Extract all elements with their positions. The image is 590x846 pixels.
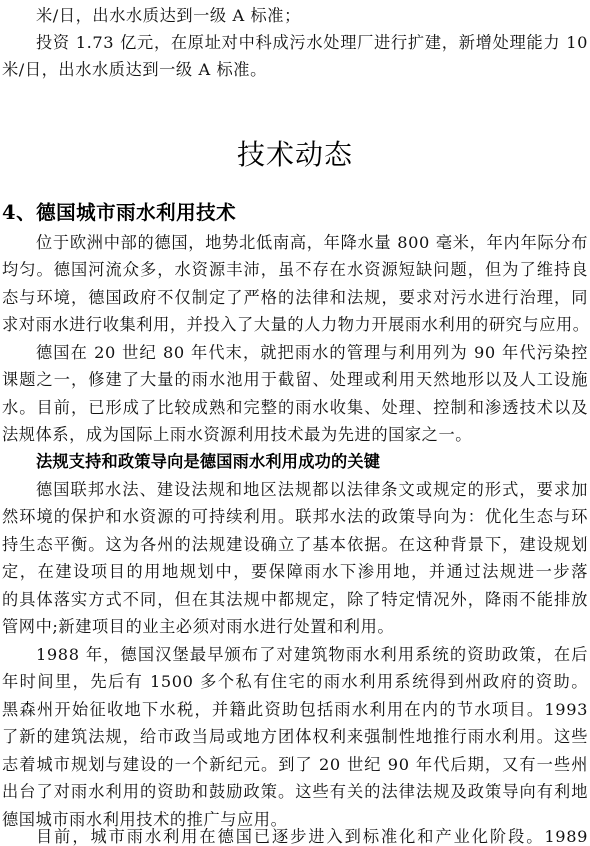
paragraph-2-line-4: 法规体系，成为国际上雨水资源利用技术最为先进的国家之一。: [2, 423, 588, 447]
paragraph-3-line-2: 然环境的保护和水资源的可持续利用。联邦水法的政策导向为：优化生态与环境，保: [2, 505, 588, 529]
intro-line-2: 投资 1.73 亿元，在原址对中科成污水处理厂进行扩建，新增处理能力 10 万立…: [36, 31, 588, 55]
paragraph-2-line-2: 课题之一，修建了大量的雨水池用于截留、处理或利用天然地形以及人工设施渗透雨: [2, 368, 588, 392]
subheading: 法规支持和政策导向是德国雨水利用成功的关键: [36, 450, 380, 474]
paragraph-5-line-1: 目前，城市雨水利用在德国已逐步进入到标准化和产业化阶段。1989 年，德国出: [36, 825, 588, 846]
paragraph-1-line-1: 位于欧洲中部的德国，地势北低南高，年降水量 800 毫米，年内年际分布都比较: [36, 231, 588, 255]
paragraph-3-line-6: 管网中;新建项目的业主必须对雨水进行处置和利用。: [2, 615, 588, 639]
paragraph-4-line-1: 1988 年，德国汉堡最早颁布了对建筑物雨水利用系统的资助政策，在后来的 7: [36, 643, 588, 667]
paragraph-1-line-3: 态与环境，德国政府不仅制定了严格的法律和法规，要求对污水进行治理，同时还要: [2, 286, 588, 310]
intro-line-3: 米/日，出水水质达到一级 A 标准。: [2, 58, 588, 82]
paragraph-2-line-1: 德国在 20 世纪 80 年代末，就把雨水的管理与利用列为 90 年代污染控制的…: [36, 341, 588, 365]
paragraph-3-line-4: 定，在建设项目的用地规划中，要保障雨水下渗用地，并通过法规进一步落实。各州: [2, 560, 588, 584]
article-heading: 4、德国城市雨水利用技术: [2, 200, 236, 226]
paragraph-4-line-4: 了新的建筑法规，给市政当局或地方团体权利来强制性地推行雨水利用。这些工作标: [2, 725, 588, 749]
paragraph-4-line-3: 黑森州开始征收地下水税，并籍此资助包括雨水利用在内的节水项目。1993 年又颁布: [2, 698, 588, 722]
paragraph-4-line-2: 年时间里，先后有 1500 多个私有住宅的雨水利用系统得到州政府的资助。1992…: [2, 670, 588, 694]
intro-line-1: 米/日，出水水质达到一级 A 标准；: [36, 4, 588, 28]
paragraph-1-line-2: 均匀。德国河流众多，水资源丰沛，虽不存在水资源短缺问题，但为了维持良好的生: [2, 258, 588, 282]
paragraph-3-line-5: 的具体落实方式不同，但在其法规中都规定，除了特定情况外，降雨不能排放到公共: [2, 588, 588, 612]
paragraph-2-line-3: 水。目前，已形成了比较成熟和完整的雨水收集、处理、控制和渗透技术以及配套的: [2, 396, 588, 420]
paragraph-3-line-1: 德国联邦水法、建设法规和地区法规都以法律条文或规定的形式，要求加强对自: [36, 478, 588, 502]
document-page: 米/日，出水水质达到一级 A 标准； 投资 1.73 亿元，在原址对中科成污水处…: [0, 0, 590, 846]
paragraph-1-line-4: 求对雨水进行收集利用，并投入了大量的人力物力开展雨水利用的研究与应用。: [2, 313, 588, 337]
paragraph-4-line-5: 志着城市规划与建设的一个新纪元。到了 20 世纪 90 年代后期，又有一些州或市…: [2, 753, 588, 777]
paragraph-3-line-3: 持生态平衡。这为各州的法规建设确立了基本依据。在这种背景下，建设规划导则规: [2, 533, 588, 557]
paragraph-4-line-6: 出台了对雨水利用的资助和鼓励政策。这些有关的法律法规及政策导向有利地促进了: [2, 780, 588, 804]
section-title: 技术动态: [0, 138, 590, 172]
